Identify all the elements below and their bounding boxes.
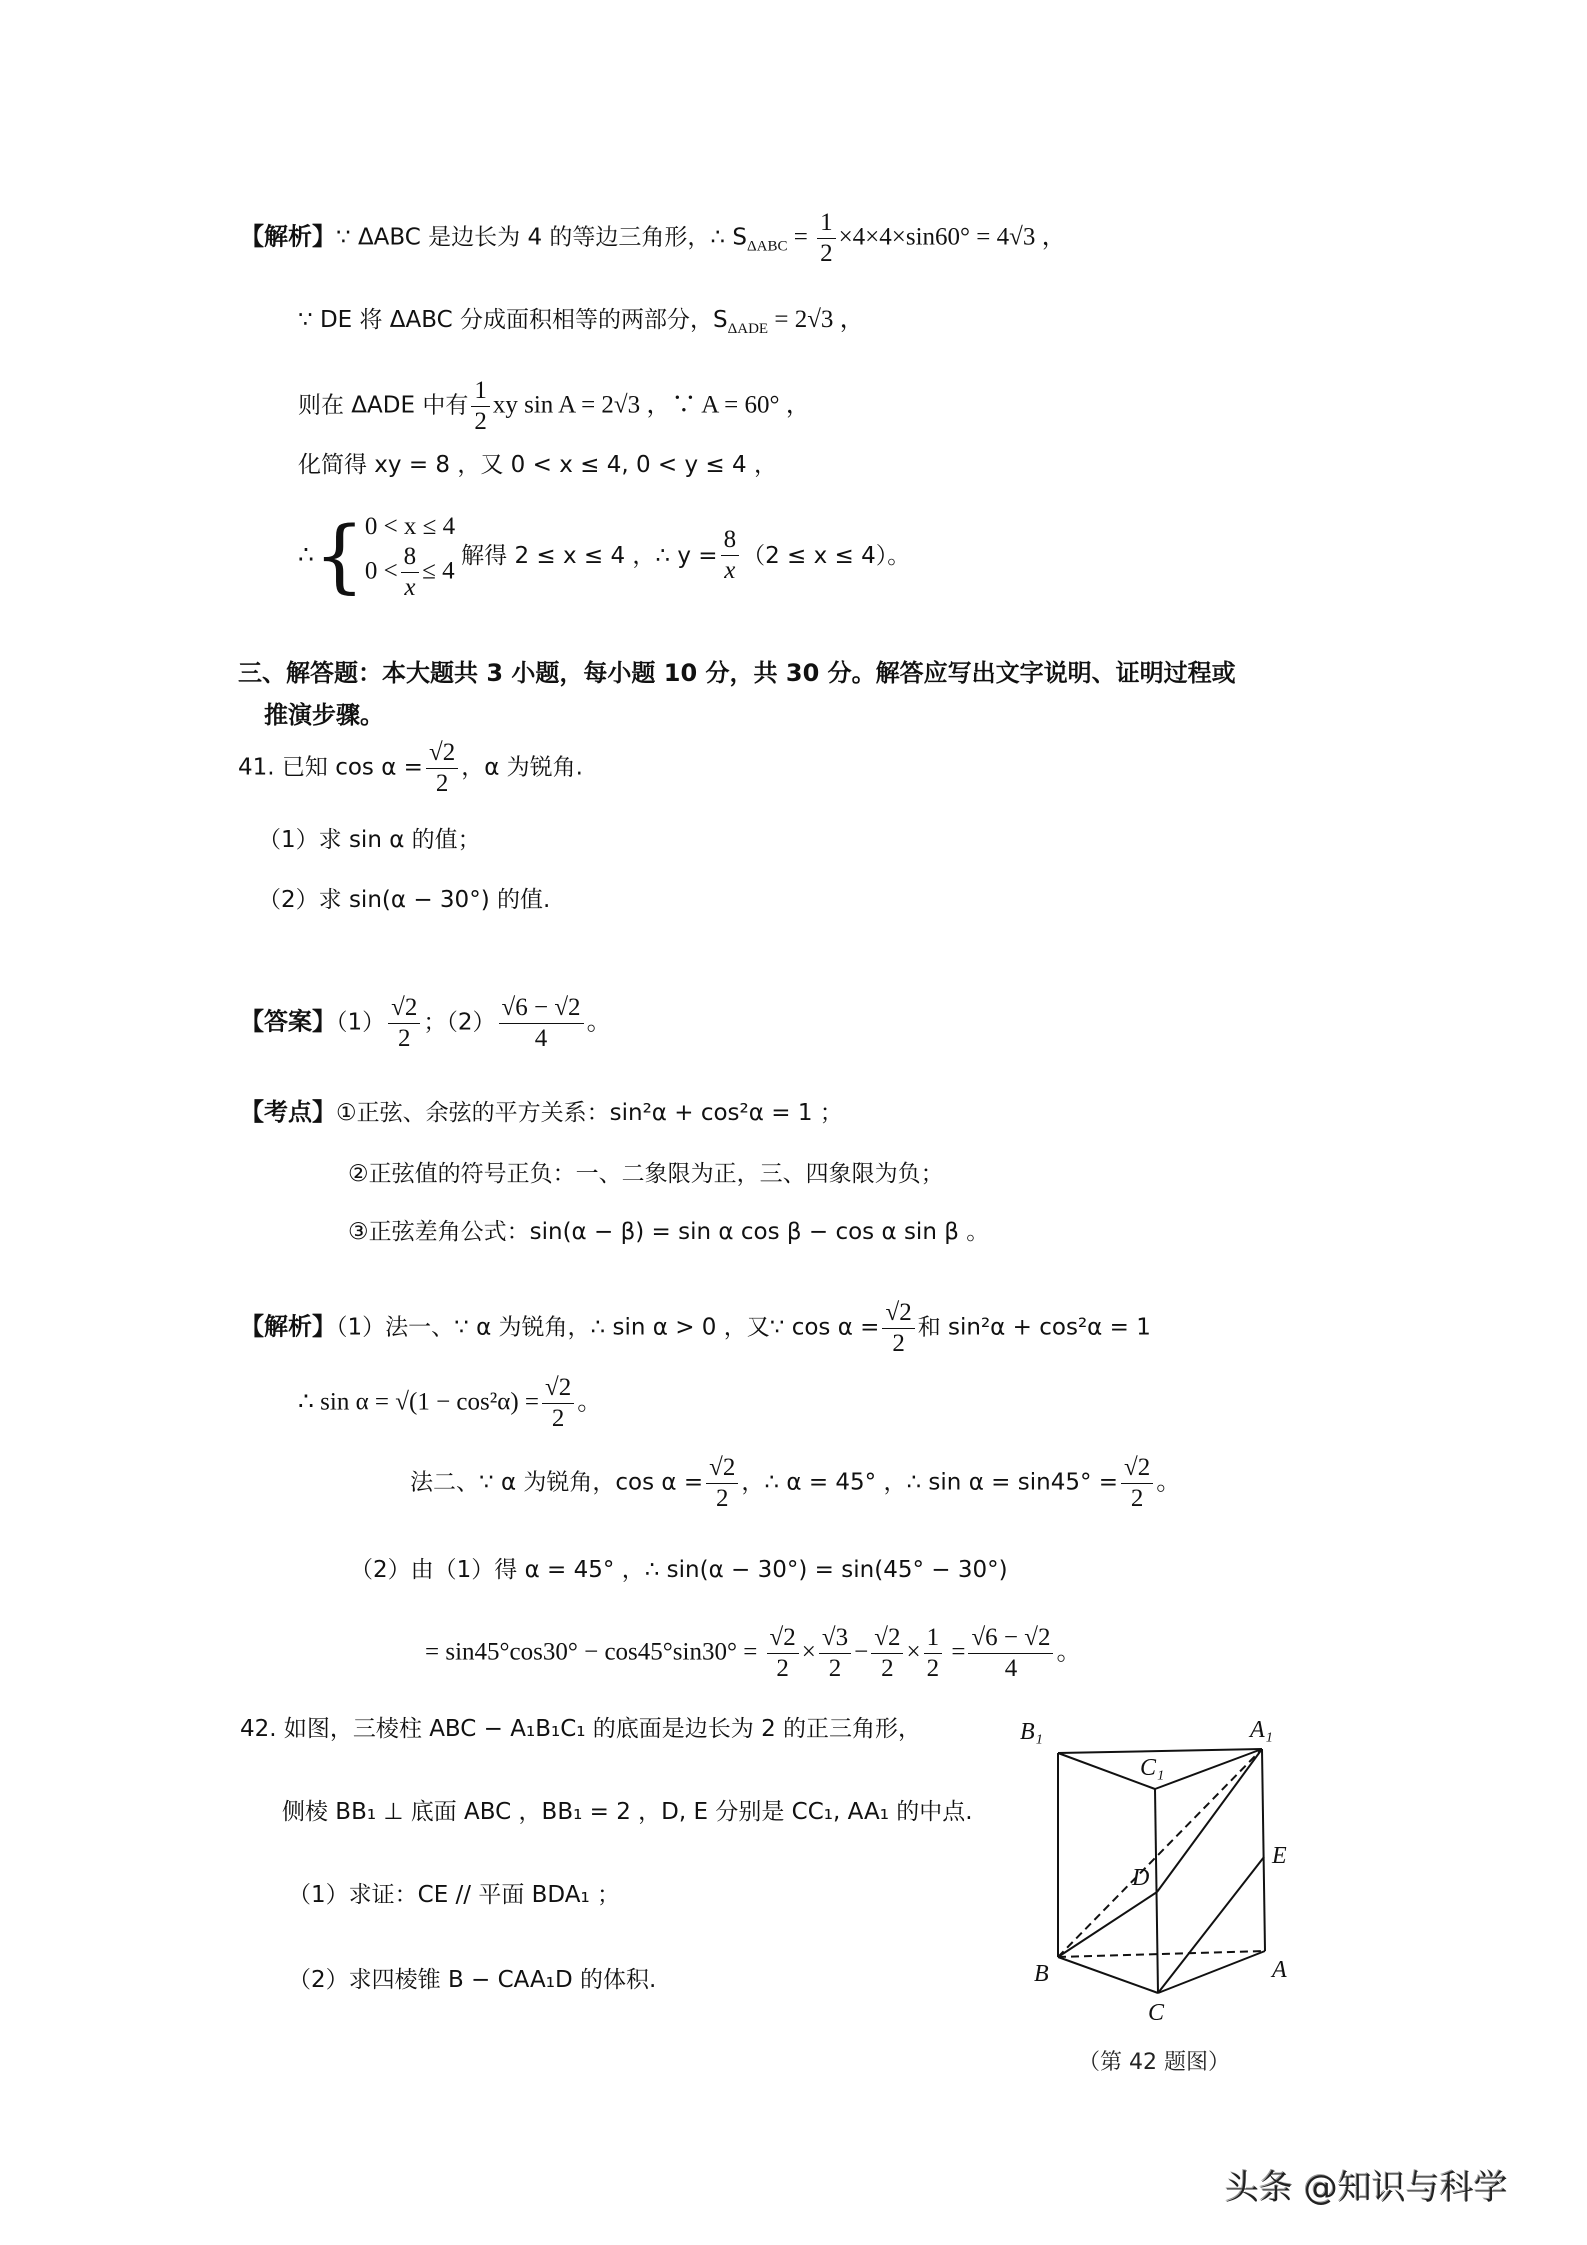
analysis-line-4: 化简得 xy = 8 ，又 0 < x ≤ 4, 0 < y ≤ 4 ， [298, 448, 777, 482]
q41-answer: 【答案】（1）√22；（2）√6 − √24。 [240, 995, 612, 1053]
q41-points: 【考点】①正弦、余弦的平方关系：sin²α + cos²α = 1 ； [240, 1095, 843, 1130]
fraction: √22 [426, 740, 458, 798]
q41-stem: 41. 已知 cos α =√22，α 为锐角. [238, 740, 583, 798]
fraction: 12 [471, 378, 490, 436]
analysis-line-3: 则在 ΔADE 中有12xy sin A = 2√3 ，∵ A = 60° ， [298, 378, 811, 436]
q41-analysis-4: （2）由（1）得 α = 45° ，∴ sin(α − 30°) = sin(4… [350, 1553, 1008, 1587]
q41-analysis-3: 法二、∵ α 为锐角，cos α =√22，∴ α = 45° ，∴ sin α… [410, 1455, 1181, 1513]
label-C1: C₁ [1140, 1755, 1164, 1782]
q41-part-2: （2）求 sin(α − 30°) 的值. [258, 883, 550, 917]
q42-part-1: （1）求证：CE // 平面 BDA₁ ； [288, 1878, 620, 1912]
q41-part-1: （1）求 sin α 的值； [258, 823, 481, 857]
left-brace: { [314, 516, 365, 596]
label-B1: B₁ [1020, 1719, 1043, 1746]
label-C: C [1148, 2000, 1164, 2027]
section-heading: 三、解答题：本大题共 3 小题，每小题 10 分，共 30 分。解答应写出文字说… [238, 655, 1236, 733]
label-B: B [1034, 1961, 1049, 1988]
label-A: A [1272, 1957, 1287, 1984]
q42-part-2: （2）求四棱锥 B − CAA₁D 的体积. [288, 1963, 656, 1997]
q41-analysis-5: = sin45°cos30° − cos45°sin30° = √22×√32−… [425, 1625, 1082, 1683]
fraction: 12 [817, 210, 836, 268]
q41-point-3: ③正弦差角公式：sin(α − β) = sin α cos β − cos α… [348, 1215, 989, 1249]
inequality-system: ∴ { 0 < x ≤ 4 0 <8x≤ 4 解得 2 ≤ x ≤ 4 ，∴ y… [298, 510, 910, 602]
figure-caption: （第 42 题图） [1078, 2045, 1230, 2076]
watermark: 头条 @知识与科学 [1225, 2160, 1508, 2209]
q42-stem-2: 侧棱 BB₁ ⊥ 底面 ABC ，BB₁ = 2 ，D, E 分别是 CC₁, … [282, 1795, 973, 1829]
q41-analysis-1: 【解析】（1）法一、∵ α 为锐角，∴ sin α > 0 ，又∵ cos α … [240, 1300, 1151, 1358]
q41-point-2: ②正弦值的符号正负：一、二象限为正，三、四象限为负； [348, 1157, 944, 1191]
label-E: E [1272, 1843, 1287, 1870]
q42-stem-1: 42. 如图，三棱柱 ABC − A₁B₁C₁ 的底面是边长为 2 的正三角形， [240, 1712, 921, 1746]
triangular-prism-diagram [1030, 1725, 1320, 2075]
prism-figure: B₁ A₁ C₁ D E B A C [1030, 1725, 1320, 2075]
analysis-line-1: 【解析】∵ ΔABC 是边长为 4 的等边三角形，∴ SΔABC = 12×4×… [240, 210, 1067, 268]
q41-analysis-2: ∴ sin α = √(1 − cos²α) =√22。 [298, 1375, 602, 1433]
label-D: D [1132, 1865, 1149, 1892]
analysis-line-2: ∵ DE 将 ΔABC 分成面积相等的两部分，SΔADE = 2√3 ， [298, 303, 865, 346]
analysis-tag: 【解析】 [240, 222, 336, 250]
fraction: 8x [721, 527, 740, 585]
label-A1: A₁ [1250, 1717, 1273, 1744]
